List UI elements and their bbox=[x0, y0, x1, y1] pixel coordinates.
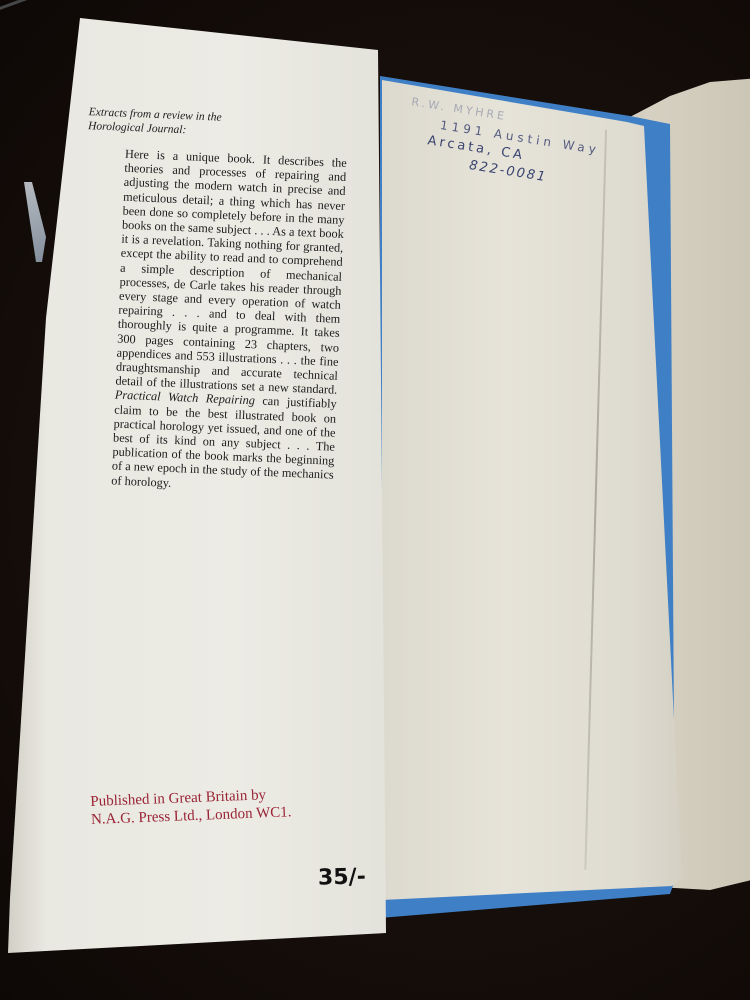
review-body: Here is a unique book. It describes the … bbox=[111, 147, 347, 497]
review-extract: Extracts from a review in the Horologica… bbox=[69, 105, 365, 497]
background-strap bbox=[0, 0, 42, 23]
review-text-part2: can justifiably claim to be the best ill… bbox=[111, 394, 337, 489]
review-text-part1: Here is a unique book. It describes the … bbox=[115, 147, 347, 397]
price-label: 35/- bbox=[318, 864, 366, 890]
bookmark-ribbon bbox=[24, 182, 46, 262]
